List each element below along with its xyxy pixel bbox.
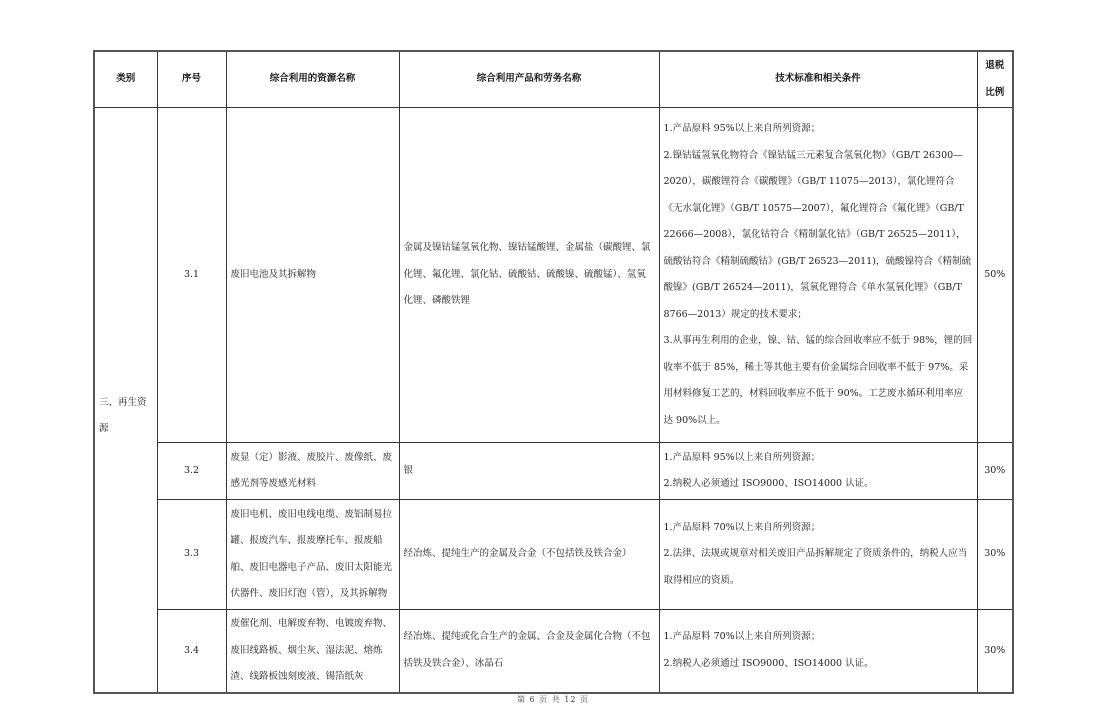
serial-cell: 3.4	[157, 610, 226, 693]
header-category: 类别	[94, 51, 157, 108]
tech-item: 2.纳税人必须通过 ISO9000、ISO14000 认证。	[664, 471, 973, 498]
category-cell-continued	[94, 500, 157, 610]
table-row: 3.3 废旧电机、废旧电线电缆、废铝制易拉罐、报废汽车、报废摩托车、报废船舶、废…	[94, 500, 1013, 610]
resource-cell: 废催化剂、电解废弃物、电镀废弃物、废旧线路板、烟尘灰、湿法泥、熔炼渣、线路板蚀刻…	[226, 610, 399, 693]
serial-cell: 3.3	[157, 500, 226, 610]
resource-cell: 废旧电机、废旧电线电缆、废铝制易拉罐、报废汽车、报废摩托车、报废船舶、废旧电器电…	[226, 500, 399, 610]
product-cell: 经冶炼、提纯生产的金属及合金（不包括铁及铁合金）	[399, 500, 659, 610]
ratio-cell: 30%	[977, 443, 1013, 500]
tech-item: 1.产品原料 95%以上来自所列资源；	[664, 445, 973, 472]
tech-item: 1.产品原料 95%以上来自所列资源；	[664, 116, 973, 143]
category-cell-continued	[94, 443, 157, 500]
ratio-cell: 50%	[977, 108, 1013, 443]
ratio-cell: 30%	[977, 500, 1013, 610]
product-cell: 银	[399, 443, 659, 500]
tech-cell: 1.产品原料 70%以上来自所列资源； 2.纳税人必须通过 ISO9000、IS…	[659, 610, 977, 693]
table-row: 三、再生资源 3.1 废旧电池及其拆解物 金属及镍钴锰氢氧化物、镍钴锰酸锂、金属…	[94, 108, 1013, 443]
category-cell: 三、再生资源	[94, 108, 157, 443]
category-label: 三、再生资源	[99, 397, 147, 435]
serial-cell: 3.2	[157, 443, 226, 500]
header-ratio: 退税 比例	[977, 51, 1013, 108]
table-row: 3.2 废显（定）影液、废胶片、废像纸、废感光剂等废感光材料 银 1.产品原料 …	[94, 443, 1013, 500]
tech-cell: 1.产品原料 95%以上来自所列资源； 2.镍钴锰氢氧化物符合《镍钴锰三元素复合…	[659, 108, 977, 443]
ratio-cell: 30%	[977, 610, 1013, 693]
resource-cell: 废显（定）影液、废胶片、废像纸、废感光剂等废感光材料	[226, 443, 399, 500]
product-cell: 经冶炼、提纯或化合生产的金属、合金及金属化合物（不包括铁及铁合金）、冰晶石	[399, 610, 659, 693]
tech-item: 2.纳税人必须通过 ISO9000、ISO14000 认证。	[664, 651, 973, 678]
tech-cell: 1.产品原料 70%以上来自所列资源； 2.法律、法规或规章对相关废旧产品拆解规…	[659, 500, 977, 610]
tech-item: 2.法律、法规或规章对相关废旧产品拆解规定了资质条件的，纳税人应当取得相应的资质…	[664, 541, 973, 594]
serial-cell: 3.1	[157, 108, 226, 443]
tech-item: 1.产品原料 70%以上来自所列资源；	[664, 515, 973, 542]
header-ratio-line1: 退税	[985, 60, 1004, 71]
table-header-row: 类别 序号 综合利用的资源名称 综合利用产品和劳务名称 技术标准和相关条件 退税…	[94, 51, 1013, 108]
header-ratio-line2: 比例	[985, 87, 1004, 98]
tech-item: 2.镍钴锰氢氧化物符合《镍钴锰三元素复合氢氧化物》（GB/T 26300—202…	[664, 143, 973, 329]
table-row: 3.4 废催化剂、电解废弃物、电镀废弃物、废旧线路板、烟尘灰、湿法泥、熔炼渣、线…	[94, 610, 1013, 693]
header-tech: 技术标准和相关条件	[659, 51, 977, 108]
tech-item: 1.产品原料 70%以上来自所列资源；	[664, 624, 973, 651]
tech-item: 3.从事再生利用的企业，镍、钴、锰的综合回收率应不低于 98%，锂的回收率不低于…	[664, 328, 973, 434]
header-product: 综合利用产品和劳务名称	[399, 51, 659, 108]
page-number: 第 6 页 共 12 页	[0, 694, 1106, 705]
header-resource: 综合利用的资源名称	[226, 51, 399, 108]
tax-refund-table: 类别 序号 综合利用的资源名称 综合利用产品和劳务名称 技术标准和相关条件 退税…	[93, 50, 1014, 694]
resource-cell: 废旧电池及其拆解物	[226, 108, 399, 443]
header-serial: 序号	[157, 51, 226, 108]
product-cell: 金属及镍钴锰氢氧化物、镍钴锰酸锂、金属盐（碳酸锂、氯化锂、氟化锂、氯化钴、硫酸钴…	[399, 108, 659, 443]
tech-cell: 1.产品原料 95%以上来自所列资源； 2.纳税人必须通过 ISO9000、IS…	[659, 443, 977, 500]
category-cell-continued	[94, 610, 157, 693]
